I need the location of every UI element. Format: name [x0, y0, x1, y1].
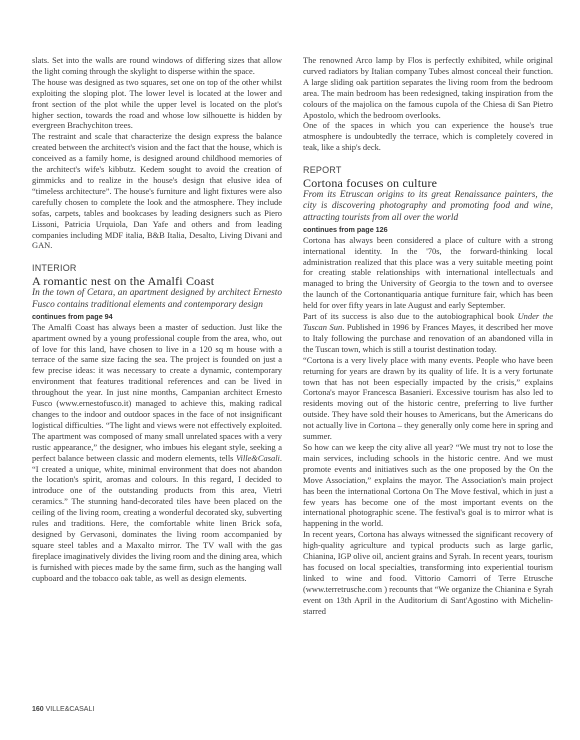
article-interior: INTERIOR A romantic nest on the Amalfi C… — [32, 263, 282, 583]
paragraph: slats. Set into the walls are round wind… — [32, 55, 282, 77]
body-text: Part of its success is also due to the a… — [303, 311, 518, 321]
article-title: Cortona focuses on culture — [303, 177, 553, 190]
paragraph: The restraint and scale that characteriz… — [32, 131, 282, 251]
article-subtitle: From its Etruscan origins to its great R… — [303, 190, 553, 224]
article-report: REPORT Cortona focuses on culture From i… — [303, 165, 553, 616]
continues-note: continues from page 94 — [32, 312, 282, 322]
paragraph: Part of its success is also due to the a… — [303, 311, 553, 355]
paragraph: Cortona has always been considered a pla… — [303, 235, 553, 311]
paragraph: The house was designed as two squares, s… — [32, 77, 282, 132]
page-footer: 160 VILLE&CASALI — [32, 706, 94, 713]
publication-name: Ville&Casali — [236, 453, 280, 463]
paragraph: The renowned Arco lamp by Flos is perfec… — [303, 55, 553, 120]
publication-name: VILLE&CASALI — [46, 706, 95, 713]
right-column: The renowned Arco lamp by Flos is perfec… — [303, 55, 553, 616]
article-body: The Amalfi Coast has always been a maste… — [32, 322, 282, 584]
body-text: The Amalfi Coast has always been a maste… — [32, 322, 282, 463]
article-subtitle: In the town of Cetara, an apartment desi… — [32, 288, 282, 310]
section-label: INTERIOR — [32, 263, 282, 274]
section-label: REPORT — [303, 165, 553, 176]
paragraph: So how can we keep the city alive all ye… — [303, 442, 553, 529]
paragraph: One of the spaces in which you can exper… — [303, 120, 553, 153]
body-text: . “I created a unique, white, minimal en… — [32, 453, 282, 583]
paragraph: “Cortona is a very lively place with man… — [303, 355, 553, 442]
paragraph: In recent years, Cortona has always witn… — [303, 529, 553, 616]
article-title: A romantic nest on the Amalfi Coast — [32, 275, 282, 288]
continues-note: continues from page 126 — [303, 225, 553, 235]
page-number: 160 — [32, 706, 44, 713]
magazine-page: slats. Set into the walls are round wind… — [0, 0, 580, 740]
left-column: slats. Set into the walls are round wind… — [32, 55, 282, 583]
